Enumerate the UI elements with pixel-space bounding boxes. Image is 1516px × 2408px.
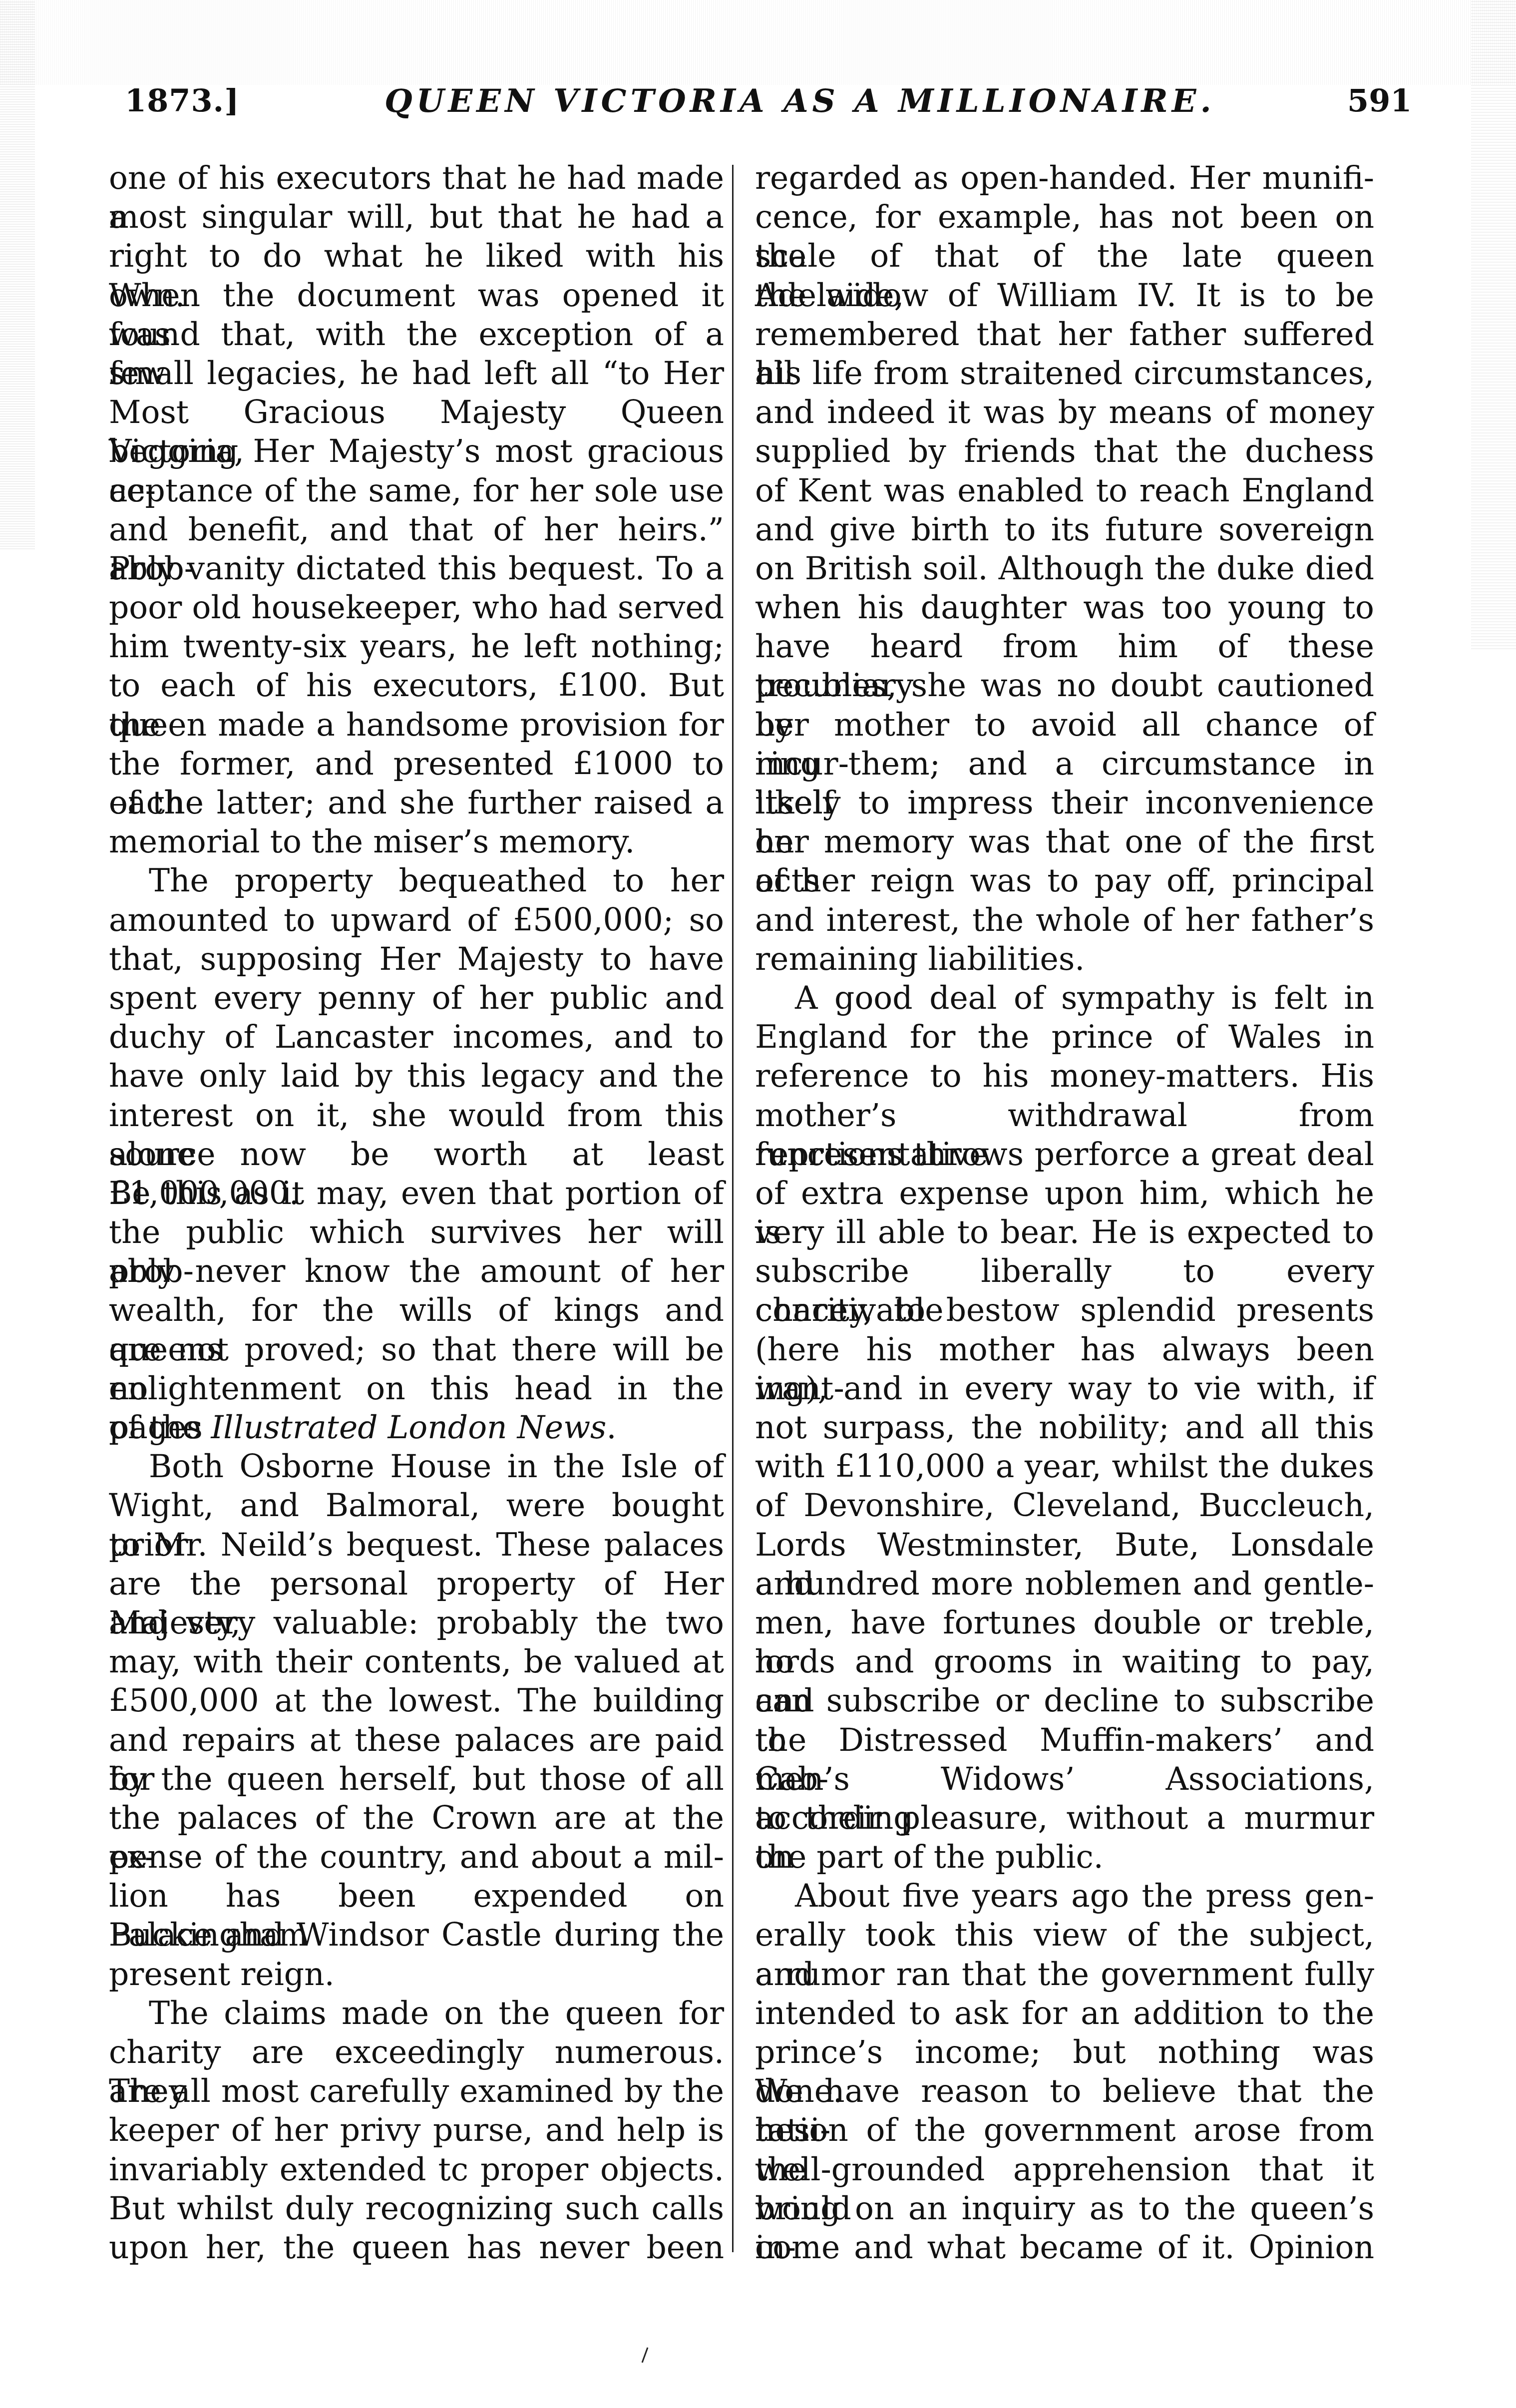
text-line: charity, to bestow splendid presents (755, 1291, 1374, 1330)
text-line: amounted to upward of £500,000; so (109, 901, 724, 940)
text-line-content: not surpass, the nobility; and all this (755, 1409, 1374, 1446)
text-line: him twenty-six years, he left nothing; (109, 627, 724, 666)
text-line-content: regarded as open-handed. Her munifi- (755, 160, 1374, 196)
text-line: ably vanity dictated this bequest. To a (109, 549, 724, 588)
text-line-content: The claims made on the queen for (149, 1995, 724, 2031)
text-line-content: come and what became of it. Opinion (755, 2229, 1374, 2266)
text-line: lords and grooms in waiting to pay, and (755, 1642, 1374, 1681)
text-line: wealth, for the wills of kings and queen… (109, 1291, 724, 1330)
text-line: functions throws perforce a great deal (755, 1135, 1374, 1174)
text-line-content: may, with their contents, be valued at (109, 1643, 724, 1680)
text-line: A good deal of sympathy is felt in (755, 979, 1374, 1018)
text-line-content: reference to his money-matters. His (755, 1058, 1374, 1094)
text-line: found that, with the exception of a few (109, 315, 724, 354)
text-line-content: are all most carefully examined by the (109, 2073, 724, 2109)
text-line-content: spent every penny of her public and (109, 980, 724, 1016)
text-line: a rumor ran that the government fully (755, 1955, 1374, 1994)
text-line: by the queen herself, but those of all (109, 1760, 724, 1799)
text-line: memorial to the miser’s memory. (109, 822, 724, 861)
text-line-content: by the queen herself, but those of all (109, 1761, 724, 1797)
text-line-content: poor old housekeeper, who had served (109, 589, 724, 626)
text-line-content: keeper of her privy purse, and help is (109, 2112, 724, 2148)
text-line: subscribe liberally to every conceivable (755, 1252, 1374, 1291)
text-line-punctuation: . (606, 1409, 616, 1446)
text-line: not surpass, the nobility; and all this (755, 1408, 1374, 1447)
text-line-content: functions throws perforce a great deal (755, 1136, 1374, 1173)
text-line: ceptance of the same, for her sole use (109, 471, 724, 510)
text-line: may, with their contents, be valued at (109, 1642, 724, 1681)
text-line-content: and give birth to its future sovereign (755, 511, 1374, 548)
text-line-content: Palace and Windsor Castle during the (109, 1917, 724, 1953)
running-head-year: 1873.] (125, 82, 239, 119)
text-line-content: amounted to upward of £500,000; so (109, 902, 724, 938)
text-line: men’s Widows’ Associations, according (755, 1760, 1374, 1799)
text-line: are all most carefully examined by the (109, 2072, 724, 2111)
text-line: have only laid by this legacy and the (109, 1057, 724, 1096)
text-line-content: and interest, the whole of her father’s (755, 902, 1374, 938)
text-line: remembered that her father suffered all (755, 315, 1374, 354)
text-line: when his daughter was too young to (755, 588, 1374, 627)
text-line-content: ably vanity dictated this bequest. To a (109, 550, 724, 587)
text-line: Both Osborne House in the Isle of (109, 1447, 724, 1486)
text-line: upon her, the queen has never been (109, 2228, 724, 2267)
text-line: ring them; and a circumstance in itself (755, 745, 1374, 784)
text-line-content: memorial to the miser’s memory. (109, 823, 635, 860)
text-line: the part of the public. (755, 1838, 1374, 1877)
publication-title: Illustrated London News (211, 1409, 606, 1446)
text-line: the widow of William IV. It is to be (755, 276, 1374, 315)
text-line: and interest, the whole of her father’s (755, 901, 1374, 940)
text-line-content: £500,000 at the lowest. The building (109, 1682, 724, 1719)
text-line-content: queen made a handsome provision for (109, 707, 724, 743)
text-line-content: and very valuable: probably the two (109, 1605, 724, 1641)
text-line: Be this as it may, even that portion of (109, 1174, 724, 1213)
text-line: keeper of her privy purse, and help is (109, 2111, 724, 2150)
text-line: erally took this view of the subject, an… (755, 1916, 1374, 1955)
text-line: queen made a handsome provision for (109, 706, 724, 745)
text-line-content: ing), and in every way to vie with, if (755, 1370, 1374, 1407)
column-divider (732, 165, 734, 2252)
text-line-content: pense of the country, and about a mil- (109, 1839, 724, 1875)
text-line: The property bequeathed to her (109, 861, 724, 900)
text-line: ably never know the amount of her (109, 1252, 724, 1291)
text-line: the public which survives her will prob- (109, 1213, 724, 1252)
text-line: Wight, and Balmoral, were bought prior (109, 1486, 724, 1525)
text-line: regarded as open-handed. Her munifi- (755, 159, 1374, 198)
text-line-content: the part of the public. (755, 1839, 1104, 1875)
text-line: alone now be worth at least £1,000,000. (109, 1135, 724, 1174)
text-line-content: About five years ago the press gen- (795, 1878, 1374, 1914)
text-line: men, have fortunes double or treble, no (755, 1604, 1374, 1642)
text-line-content: remaining liabilities. (755, 941, 1085, 977)
text-line: are not proved; so that there will be no (109, 1330, 724, 1369)
text-line: supplied by friends that the duchess (755, 432, 1374, 471)
page-number: 591 (1347, 82, 1412, 119)
stray-ink-mark (642, 2347, 649, 2363)
text-line: and indeed it was by means of money (755, 393, 1374, 432)
text-line-content: present reign. (109, 1956, 335, 1993)
text-line: pense of the country, and about a mil- (109, 1838, 724, 1877)
text-line: Palace and Windsor Castle during the (109, 1916, 724, 1955)
text-line: and very valuable: probably the two (109, 1604, 724, 1642)
text-line: of the latter; and she further raised a (109, 784, 724, 822)
text-line: When the document was opened it was (109, 276, 724, 315)
text-line: well-grounded apprehension that it would (755, 2150, 1374, 2189)
text-line-content: intended to ask for an addition to the (755, 1995, 1374, 2031)
text-line-content: of the latter; and she further raised a (109, 785, 724, 821)
text-line: can subscribe or decline to subscribe to (755, 1681, 1374, 1720)
text-line-content: upon her, the queen has never been (109, 2229, 724, 2266)
text-line-content: on British soil. Although the duke died (755, 550, 1374, 587)
text-line: bring on an inquiry as to the queen’s in… (755, 2189, 1374, 2228)
text-line-content: and indeed it was by means of money (755, 394, 1374, 430)
text-line: one of his executors that he had made a (109, 159, 724, 198)
text-line: with £110,000 a year, whilst the dukes (755, 1447, 1374, 1486)
text-line: and benefit, and that of her heirs.” Pro… (109, 510, 724, 549)
text-line: cence, for example, has not been on the (755, 198, 1374, 237)
text-line: and give birth to its future sovereign (755, 510, 1374, 549)
text-line: come and what became of it. Opinion (755, 2228, 1374, 2267)
text-line-content: of Devonshire, Cleveland, Buccleuch, (755, 1487, 1374, 1524)
text-line: scale of that of the late queen Adelaide… (755, 237, 1374, 276)
text-line: remaining liabilities. (755, 940, 1374, 979)
text-line: enlightenment on this head in the pages (109, 1369, 724, 1408)
text-line: We have reason to believe that the hesi- (755, 2072, 1374, 2111)
text-line: tation of the government arose from the (755, 2111, 1374, 2150)
text-line: right to do what he liked with his own. (109, 237, 724, 276)
text-line: poor old housekeeper, who had served (109, 588, 724, 627)
text-line-content: small legacies, he had left all “to Her (109, 355, 724, 392)
text-line: mother’s withdrawal from representative (755, 1096, 1374, 1135)
text-line-content: when his daughter was too young to (755, 589, 1374, 626)
text-line: are the personal property of Her Majesty… (109, 1565, 724, 1604)
running-head: 1873.] QUEEN VICTORIA AS A MILLIONAIRE. … (0, 82, 1516, 137)
text-line: the former, and presented £1000 to each (109, 745, 724, 784)
text-line-content: with £110,000 a year, whilst the dukes (755, 1448, 1374, 1485)
text-line: prince’s income; but nothing was done. (755, 2033, 1374, 2072)
text-line-content: invariably extended tc proper objects. (109, 2151, 724, 2188)
text-line-content: The property bequeathed to her (149, 862, 724, 899)
text-line: to their pleasure, without a murmur on (755, 1799, 1374, 1838)
text-line: on British soil. Although the duke died (755, 549, 1374, 588)
text-line-content: a rumor ran that the government fully (755, 1956, 1374, 1993)
text-line: (here his mother has always been want- (755, 1330, 1374, 1369)
text-line-content: his life from straitened circumstances, (755, 355, 1374, 392)
text-line-content: very ill able to bear. He is expected to (755, 1214, 1374, 1250)
text-line: the palaces of the Crown are at the ex- (109, 1799, 724, 1838)
text-line-content: England for the prince of Wales in (755, 1019, 1374, 1055)
text-line-content: duchy of Lancaster incomes, and to (109, 1019, 724, 1055)
text-line-content: most singular will, but that he had a (109, 199, 724, 235)
text-line-content: a hundred more noblemen and gentle- (755, 1566, 1374, 1602)
text-line: troubles, she was no doubt cautioned by (755, 666, 1374, 705)
text-line: and repairs at these palaces are paid fo… (109, 1721, 724, 1760)
text-line: lion has been expended on Buckingham (109, 1877, 724, 1916)
text-line-content: have only laid by this legacy and the (109, 1058, 724, 1094)
text-line: of Kent was enabled to reach England (755, 471, 1374, 510)
text-line: her memory was that one of the first act… (755, 822, 1374, 861)
text-line: But whilst duly recognizing such calls (109, 2189, 724, 2228)
text-line-content: the widow of William IV. It is to be (755, 277, 1374, 314)
text-line: of the Illustrated London News. (109, 1408, 724, 1447)
text-line: to each of his executors, £100. But the (109, 666, 724, 705)
text-line: ing), and in every way to vie with, if (755, 1369, 1374, 1408)
text-line-content: supplied by friends that the duchess (755, 433, 1374, 469)
running-head-title: QUEEN VICTORIA AS A MILLIONAIRE. (384, 82, 1215, 120)
text-line: intended to ask for an addition to the (755, 1994, 1374, 2033)
text-line: reference to his money-matters. His (755, 1057, 1374, 1096)
text-line: of extra expense upon him, which he is (755, 1174, 1374, 1213)
text-line: The claims made on the queen for (109, 1994, 724, 2033)
text-line: a hundred more noblemen and gentle- (755, 1565, 1374, 1604)
text-line: small legacies, he had left all “to Her (109, 354, 724, 393)
left-column: one of his executors that he had made am… (109, 159, 724, 2267)
text-line: £500,000 at the lowest. The building (109, 1681, 724, 1720)
text-line-content: that, supposing Her Majesty to have (109, 941, 724, 977)
text-line: begging Her Majesty’s most gracious ac- (109, 432, 724, 471)
scan-noise-top (0, 0, 1516, 85)
text-line: his life from straitened circumstances, (755, 354, 1374, 393)
text-line: likely to impress their inconvenience on (755, 784, 1374, 822)
text-line: interest on it, she would from this sour… (109, 1096, 724, 1135)
text-line: duchy of Lancaster incomes, and to (109, 1018, 724, 1057)
text-line: About five years ago the press gen- (755, 1877, 1374, 1916)
text-line-content: to Mr. Neild’s bequest. These palaces (109, 1527, 724, 1563)
text-line: the Distressed Muffin-makers’ and Cab- (755, 1721, 1374, 1760)
text-line: invariably extended tc proper objects. (109, 2150, 724, 2189)
text-line: of her reign was to pay off, principal (755, 861, 1374, 900)
text-line: of Devonshire, Cleveland, Buccleuch, (755, 1486, 1374, 1525)
text-line: England for the prince of Wales in (755, 1018, 1374, 1057)
text-line: charity are exceedingly numerous. They (109, 2033, 724, 2072)
text-line: very ill able to bear. He is expected to (755, 1213, 1374, 1252)
text-line-content: of her reign was to pay off, principal (755, 862, 1374, 899)
text-line: Lords Westminster, Bute, Lonsdale and (755, 1526, 1374, 1565)
text-line: present reign. (109, 1955, 724, 1994)
right-column: regarded as open-handed. Her munifi-cenc… (755, 159, 1374, 2267)
text-line-content: A good deal of sympathy is felt in (795, 980, 1374, 1016)
text-line-content: ably never know the amount of her (109, 1253, 724, 1289)
text-line-content: charity, to bestow splendid presents (755, 1292, 1374, 1328)
text-line-content: him twenty-six years, he left nothing; (109, 628, 724, 665)
text-line: her mother to avoid all chance of incur- (755, 706, 1374, 745)
text-line: have heard from him of these pecuniary (755, 627, 1374, 666)
text-line: most singular will, but that he had a (109, 198, 724, 237)
text-line-content: of Kent was enabled to reach England (755, 472, 1374, 509)
text-line-content: ceptance of the same, for her sole use (109, 472, 724, 509)
text-line: Most Gracious Majesty Queen Victoria, (109, 393, 724, 432)
text-line: to Mr. Neild’s bequest. These palaces (109, 1526, 724, 1565)
text-line-content: of the (109, 1409, 211, 1446)
text-line: that, supposing Her Majesty to have (109, 940, 724, 979)
text-line-content: But whilst duly recognizing such calls (109, 2190, 724, 2227)
text-line-content: Be this as it may, even that portion of (109, 1175, 724, 1211)
text-line-content: Both Osborne House in the Isle of (149, 1448, 724, 1485)
text-line: spent every penny of her public and (109, 979, 724, 1018)
